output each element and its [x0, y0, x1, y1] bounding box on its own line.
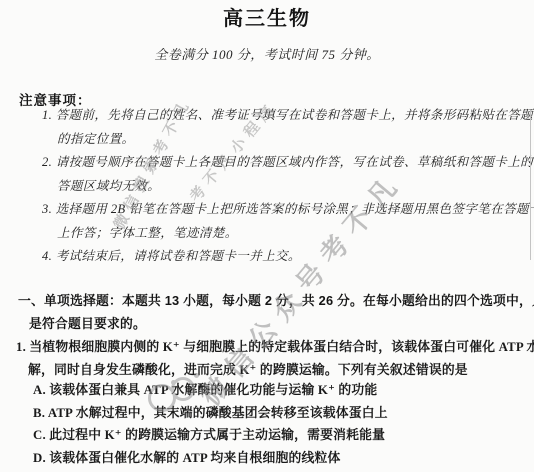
notice-3-line-1: 3. 选择题用 2B 铅笔在答题卡上把所选答案的标号涂黑；非选择题用黑色签字笔在…	[0, 198, 534, 222]
option-a: A. 该载体蛋白兼具 ATP 水解酶的催化功能与运输 K⁺ 的功能	[0, 379, 534, 402]
notice-2-line-2: 答题区域均无效。	[0, 175, 534, 199]
paper-subtitle: 全卷满分 100 分，考试时间 75 分钟。	[0, 46, 534, 64]
section-heading-line-1: 一、单项选择题：本题共 13 小题，每小题 2 分，共 26 分。在每小题给出的…	[0, 289, 534, 312]
option-b: B. ATP 水解过程中，其末端的磷酸基团会转移至该载体蛋白上	[0, 402, 534, 425]
notice-3-line-2: 上作答；字体工整，笔迹清楚。	[0, 222, 534, 246]
option-d: D. 该载体蛋白催化水解的 ATP 均来自根细胞的线粒体	[0, 447, 534, 470]
notice-4-line-1: 4. 考试结束后，请将试卷和答题卡一并上交。	[0, 245, 534, 269]
question-1-options: A. 该载体蛋白兼具 ATP 水解酶的催化功能与运输 K⁺ 的功能 B. ATP…	[0, 379, 534, 470]
exam-paper-page: 高三生物 全卷满分 100 分，考试时间 75 分钟。 注意事项： 1. 答题前…	[0, 0, 534, 472]
scan-edge-line	[530, 110, 531, 260]
paper-title: 高三生物	[0, 5, 534, 33]
notice-2-line-1: 2. 请按题号顺序在答题卡上各题目的答题区域内作答，写在试卷、草稿纸和答题卡上的…	[0, 151, 534, 175]
section-heading: 一、单项选择题：本题共 13 小题，每小题 2 分，共 26 分。在每小题给出的…	[0, 289, 534, 335]
notices-list: 1. 答题前，先将自己的姓名、准考证号填写在试卷和答题卡上，并将条形码粘贴在答题…	[0, 104, 534, 269]
question-1-stem: 1. 当植物根细胞膜内侧的 K⁺ 与细胞膜上的特定载体蛋白结合时，该载体蛋白可催…	[0, 336, 534, 382]
notice-1-line-1: 1. 答题前，先将自己的姓名、准考证号填写在试卷和答题卡上，并将条形码粘贴在答题…	[0, 104, 534, 128]
notice-1-line-2: 的指定位置。	[0, 128, 534, 152]
question-1-line-1: 1. 当植物根细胞膜内侧的 K⁺ 与细胞膜上的特定载体蛋白结合时，该载体蛋白可催…	[0, 336, 534, 359]
option-c: C. 此过程中 K⁺ 的跨膜运输方式属于主动运输，需要消耗能量	[0, 424, 534, 447]
section-heading-line-2: 是符合题目要求的。	[0, 312, 534, 335]
